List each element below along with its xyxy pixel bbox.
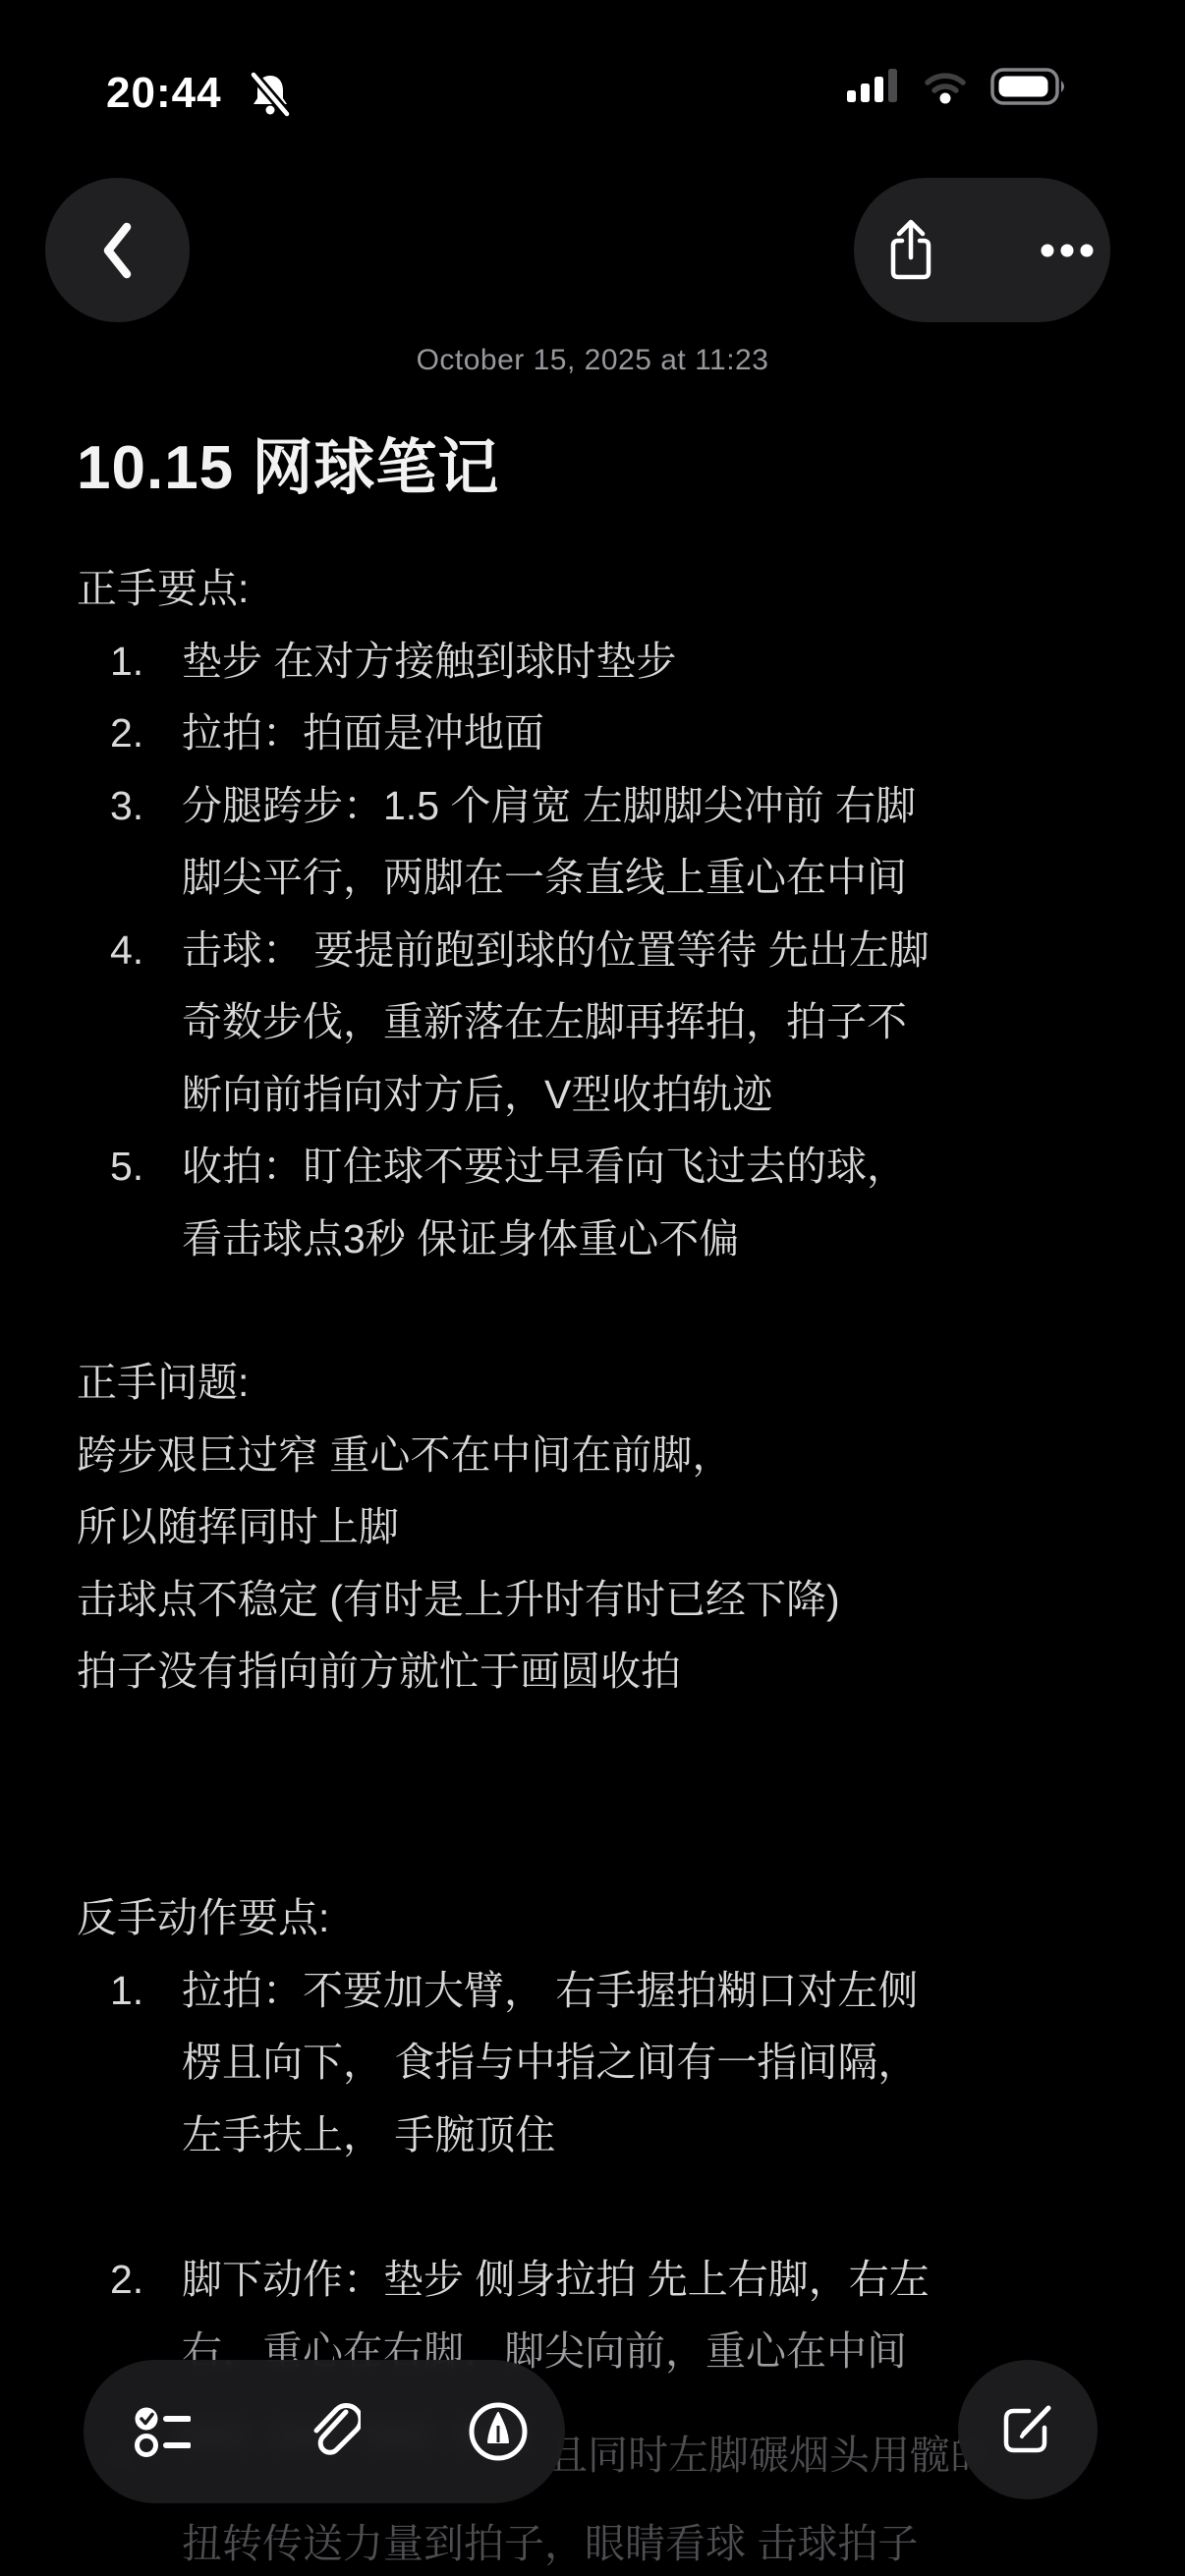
forehand-points-section: 正手要点:1.垫步 在对方接触到球时垫步2.拉拍：拍面是冲地面3.分腿跨步：1.… [0, 553, 1185, 1275]
battery-icon [990, 65, 1069, 108]
faded-item-fragment: 且同时左脚碾烟头用髋的 [547, 2420, 990, 2492]
note-text-line: 正手问题: [0, 1347, 1185, 1420]
markup-pen-icon[interactable] [468, 2401, 529, 2462]
compose-icon [993, 2397, 1058, 2462]
note-text-line: 5.收拍：盯住球不要过早看向飞过去的球， [0, 1131, 1185, 1204]
blank-line [0, 2171, 1185, 2244]
backhand-points-section: 反手动作要点:1.拉拍：不要加大臂， 右手握拍糊口对左侧楞且向下， 食指与中指之… [0, 1882, 1185, 2388]
note-text-line: 1.拉拍：不要加大臂， 右手握拍糊口对左侧 [0, 1955, 1185, 2028]
note-text-line: 击球点不稳定 (有时是上升时有时已经下降) [0, 1564, 1185, 1637]
note-text-line: 4.击球： 要提前跑到球的位置等待 先出左脚 [0, 915, 1185, 987]
wifi-icon [922, 69, 969, 104]
back-button[interactable] [45, 178, 190, 322]
more-button-ellipsis-icon[interactable] [1040, 244, 1095, 257]
note-text-line: 看击球点3秒 保证身体重心不偏 [0, 1204, 1185, 1276]
note-text-line: 奇数步伐，重新落在左脚再挥拍，拍子不 [0, 986, 1185, 1059]
notes-app-screen: 20:44 [0, 0, 1185, 2576]
note-text-line: 拍子没有指向前方就忙于画圆收拍 [0, 1636, 1185, 1708]
note-text-line: 1.垫步 在对方接触到球时垫步 [0, 626, 1185, 699]
note-text-line: 脚尖平行，两脚在一条直线上重心在中间 [0, 842, 1185, 915]
note-text-line: 跨步艰巨过窄 重心不在中间在前脚， [0, 1420, 1185, 1492]
bell-slash-icon [248, 71, 293, 118]
note-title: 10.15 网球笔记 [77, 419, 1146, 506]
note-text-line: 正手要点: [0, 553, 1185, 626]
note-text-line: 2.脚下动作：垫步 侧身拉拍 先上右脚，右左 [0, 2244, 1185, 2317]
cellular-signal-icon [847, 63, 908, 102]
note-text-line: 反手动作要点: [0, 1882, 1185, 1955]
checklist-icon[interactable] [134, 2405, 191, 2458]
note-text-line: 2.拉拍：拍面是冲地面 [0, 698, 1185, 770]
note-text-line: 所以随挥同时上脚 [0, 1491, 1185, 1564]
share-icon[interactable] [882, 216, 939, 285]
note-text-line: 楞且向下， 食指与中指之间有一指间隔， [0, 2027, 1185, 2100]
note-date: October 15, 2025 at 11:23 [0, 344, 1185, 377]
chevron-left-icon [98, 219, 138, 282]
note-text-line: 3.分腿跨步：1.5 个肩宽 左脚脚尖冲前 右脚 [0, 770, 1185, 843]
note-text-line: 断向前指向对方后，V型收拍轨迹 [0, 1059, 1185, 1132]
nav-actions-pill [854, 178, 1110, 322]
paperclip-icon[interactable] [306, 2402, 361, 2461]
note-text-line: 左手扶上， 手腕顶住 [0, 2100, 1185, 2172]
faded-list-item-line2: 扭转传送力量到拍子，眼睛看球 击球拍子 [0, 2508, 1185, 2576]
status-time: 20:44 [106, 69, 222, 118]
forehand-problems-section: 正手问题:跨步艰巨过窄 重心不在中间在前脚，所以随挥同时上脚击球点不稳定 (有时… [0, 1347, 1185, 1708]
